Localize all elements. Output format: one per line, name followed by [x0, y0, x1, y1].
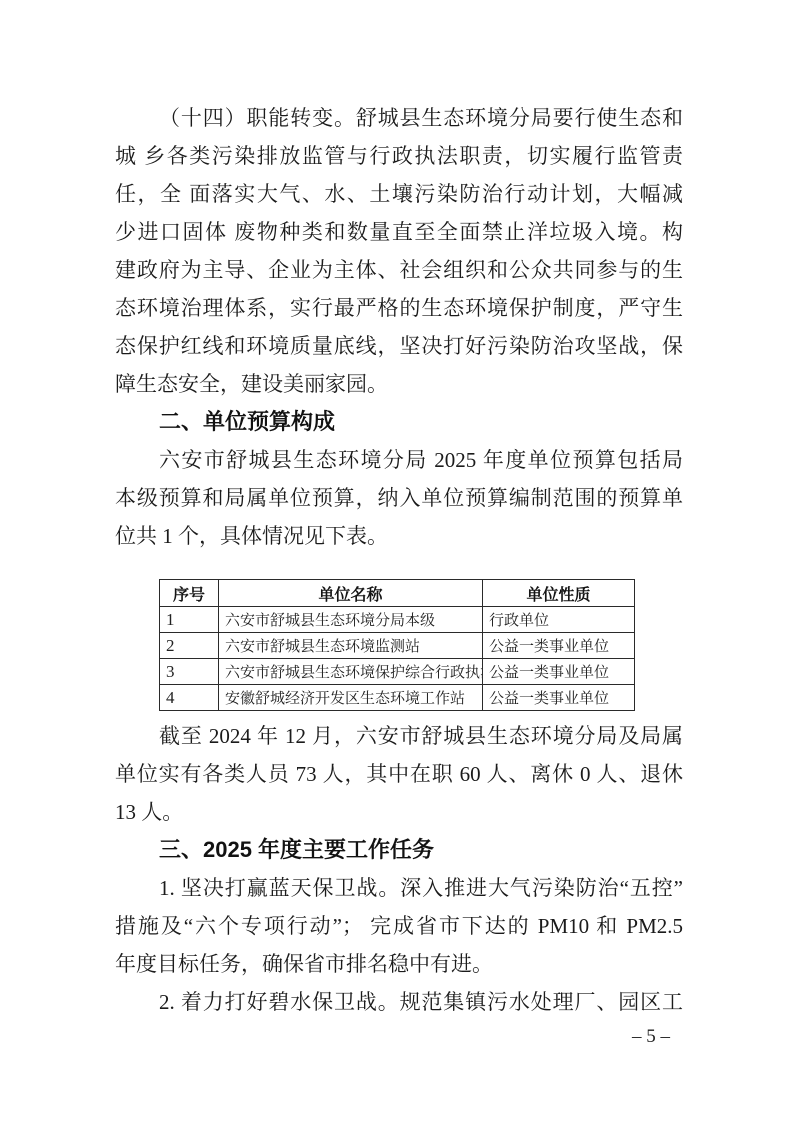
text-line: 态环境治理体系，实行最严格的生态环境保护制度，严守生 [115, 289, 683, 327]
cell-unit-type: 公益一类事业单位 [483, 685, 635, 711]
section-heading-budget-composition: 二、单位预算构成 [115, 403, 683, 441]
text-line: 少进口固体 废物种类和数量直至全面禁止洋垃圾入境。构 [115, 213, 683, 251]
column-header-unit-type: 单位性质 [483, 580, 635, 607]
text-line: 截至 2024 年 12 月，六安市舒城县生态环境分局及局属 [115, 717, 683, 755]
text-line: 任，全 面落实大气、水、土壤污染防治行动计划，大幅减 [115, 175, 683, 213]
cell-serial: 1 [160, 607, 219, 633]
paragraph-task-blue-sky: 1. 坚决打赢蓝天保卫战。深入推进大气污染防治“五控” 措施及“六个专项行动”；… [115, 869, 683, 983]
cell-unit-type: 公益一类事业单位 [483, 659, 635, 685]
cell-unit-name: 安徽舒城经济开发区生态环境工作站 [219, 685, 483, 711]
text-line: 1. 坚决打赢蓝天保卫战。深入推进大气污染防治“五控” [115, 869, 683, 907]
page-number: – 5 – [115, 1026, 683, 1048]
table-row: 2 六安市舒城县生态环境监测站 公益一类事业单位 [160, 633, 635, 659]
paragraph-function-change: （十四）职能转变。舒城县生态环境分局要行使生态和 城 乡各类污染排放监管与行政执… [115, 99, 683, 403]
column-header-serial: 序号 [160, 580, 219, 607]
text-line: 建政府为主导、企业为主体、社会组织和公众共同参与的生 [115, 251, 683, 289]
cell-serial: 2 [160, 633, 219, 659]
cell-unit-type: 行政单位 [483, 607, 635, 633]
text-line: 障生态安全，建设美丽家园。 [115, 365, 683, 403]
document-page: （十四）职能转变。舒城县生态环境分局要行使生态和 城 乡各类污染排放监管与行政执… [0, 0, 793, 1048]
table-header-row: 序号 单位名称 单位性质 [160, 580, 635, 607]
text-line: 措施及“六个专项行动”； 完成省市下达的 PM10 和 PM2.5 [115, 907, 683, 945]
text-line: （十四）职能转变。舒城县生态环境分局要行使生态和 [115, 99, 683, 137]
cell-serial: 4 [160, 685, 219, 711]
text-line: 2. 着力打好碧水保卫战。规范集镇污水处理厂、园区工 [115, 983, 683, 1021]
text-line: 城 乡各类污染排放监管与行政执法职责，切实履行监管责 [115, 137, 683, 175]
text-line: 态保护红线和环境质量底线，坚决打好污染防治攻坚战，保 [115, 327, 683, 365]
paragraph-staffing: 截至 2024 年 12 月，六安市舒城县生态环境分局及局属 单位实有各类人员 … [115, 717, 683, 831]
paragraph-task-clear-water: 2. 着力打好碧水保卫战。规范集镇污水处理厂、园区工 [115, 983, 683, 1021]
table-row: 3 六安市舒城县生态环境保护综合行政执法大队 公益一类事业单位 [160, 659, 635, 685]
text-line: 本级预算和局属单位预算，纳入单位预算编制范围的预算单 [115, 479, 683, 517]
table-row: 4 安徽舒城经济开发区生态环境工作站 公益一类事业单位 [160, 685, 635, 711]
section-heading-main-tasks: 三、2025 年度主要工作任务 [115, 831, 683, 869]
text-line: 13 人。 [115, 793, 683, 831]
cell-serial: 3 [160, 659, 219, 685]
column-header-unit-name: 单位名称 [219, 580, 483, 607]
paragraph-budget-composition: 六安市舒城县生态环境分局 2025 年度单位预算包括局 本级预算和局属单位预算，… [115, 441, 683, 555]
cell-unit-name: 六安市舒城县生态环境保护综合行政执法大队 [219, 659, 483, 685]
text-line: 单位实有各类人员 73 人，其中在职 60 人、离休 0 人、退休 [115, 755, 683, 793]
cell-unit-type: 公益一类事业单位 [483, 633, 635, 659]
cell-unit-name: 六安市舒城县生态环境分局本级 [219, 607, 483, 633]
text-line: 六安市舒城县生态环境分局 2025 年度单位预算包括局 [115, 441, 683, 479]
budget-units-table: 序号 单位名称 单位性质 1 六安市舒城县生态环境分局本级 行政单位 2 六安市… [159, 579, 635, 711]
text-line: 年度目标任务，确保省市排名稳中有进。 [115, 945, 683, 983]
text-line: 位共 1 个，具体情况见下表。 [115, 517, 683, 555]
table-row: 1 六安市舒城县生态环境分局本级 行政单位 [160, 607, 635, 633]
cell-unit-name: 六安市舒城县生态环境监测站 [219, 633, 483, 659]
